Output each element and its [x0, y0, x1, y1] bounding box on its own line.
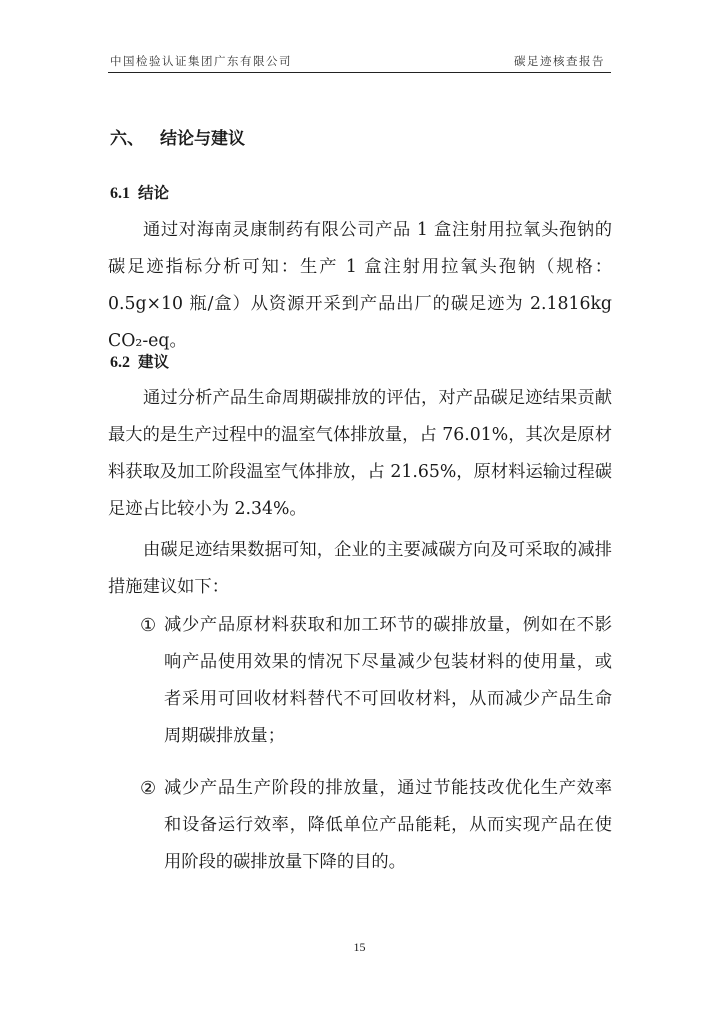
list-item-text: 减少产品原材料获取和加工环节的碳排放量，例如在不影响产品使用效果的情况下尽量减少… [164, 615, 612, 746]
header-organization: 中国检验认证集团广东有限公司 [110, 53, 292, 69]
subsection-heading-conclusion: 6.1结论 [110, 181, 169, 203]
subsection-heading-suggestion: 6.2建议 [110, 350, 169, 372]
list-marker: ① [140, 607, 156, 644]
page-header: 中国检验认证集团广东有限公司 碳足迹核查报告 [108, 50, 611, 73]
page-number: 15 [0, 940, 719, 955]
list-item: ② 减少产品生产阶段的排放量，通过节能技改优化生产效率和设备运行效率，降低单位产… [140, 770, 612, 881]
subsection-number: 6.1 [110, 185, 130, 202]
conclusion-paragraph: 通过对海南灵康制药有限公司产品 1 盒注射用拉氧头孢钠的碳足迹指标分析可知：生产… [108, 212, 612, 360]
suggestion-paragraph-2: 由碳足迹结果数据可知，企业的主要减碳方向及可采取的减排措施建议如下： [108, 532, 612, 606]
header-report-title: 碳足迹核查报告 [514, 53, 605, 69]
list-item: ① 减少产品原材料获取和加工环节的碳排放量，例如在不影响产品使用效果的情况下尽量… [140, 607, 612, 755]
list-marker: ② [140, 770, 156, 807]
subsection-title: 结论 [138, 184, 169, 202]
section-title: 结论与建议 [160, 129, 245, 149]
section-heading: 六、结论与建议 [110, 124, 245, 149]
list-item-text: 减少产品生产阶段的排放量，通过节能技改优化生产效率和设备运行效率，降低单位产品能… [164, 778, 612, 872]
subsection-number: 6.2 [110, 354, 130, 371]
subsection-title: 建议 [138, 353, 169, 371]
suggestion-paragraph-1: 通过分析产品生命周期碳排放的评估，对产品碳足迹结果贡献最大的是生产过程中的温室气… [108, 380, 612, 528]
section-number: 六、 [110, 124, 160, 149]
